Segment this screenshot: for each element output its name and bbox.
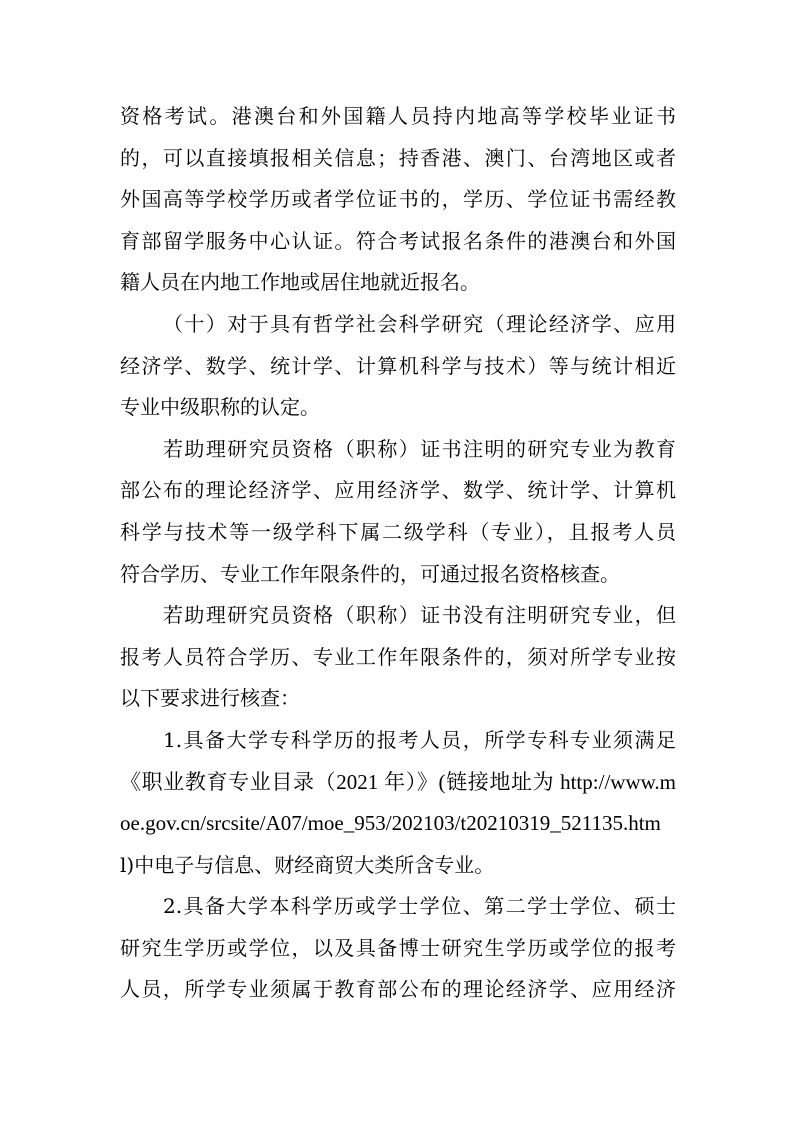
text-line: 育部留学服务中心认证。符合考试报名条件的港澳台和外国 (120, 221, 676, 263)
text-line: 籍人员在内地工作地或居住地就近报名。 (120, 262, 676, 304)
section-ten-heading-paragraph: （十）对于具有哲学社会科学研究（理论经济学、应用 经济学、数学、统计学、计算机科… (120, 304, 676, 429)
list-item-1-junior-college: 1.具备大学专科学历的报考人员，所学专科专业须满足 《职业教育专业目录（2021… (120, 720, 676, 886)
text-line: 资格考试。港澳台和外国籍人员持内地高等学校毕业证书 (120, 96, 676, 138)
document-page: 资格考试。港澳台和外国籍人员持内地高等学校毕业证书 的，可以直接填报相关信息；持… (0, 0, 794, 1123)
text-line: 人员，所学专业须属于教育部公布的理论经济学、应用经济 (120, 969, 676, 1011)
text-line-with-link: 《职业教育专业目录（2021 年）》(链接地址为 http://www.m (120, 762, 676, 804)
paragraph-overseas-applicants: 资格考试。港澳台和外国籍人员持内地高等学校毕业证书 的，可以直接填报相关信息；持… (120, 96, 676, 304)
document-body: 资格考试。港澳台和外国籍人员持内地高等学校毕业证书 的，可以直接填报相关信息；持… (120, 96, 676, 1011)
text-line: 部公布的理论经济学、应用经济学、数学、统计学、计算机 (120, 470, 676, 512)
text-line: 外国高等学校学历或者学位证书的，学历、学位证书需经教 (120, 179, 676, 221)
text-line: 专业中级职称的认定。 (120, 387, 676, 429)
text-line: 科学与技术等一级学科下属二级学科（专业），且报考人员 (120, 512, 676, 554)
text-line: 报考人员符合学历、专业工作年限条件的，须对所学专业按 (120, 637, 676, 679)
text-line: 若助理研究员资格（职称）证书没有注明研究专业，但 (120, 595, 676, 637)
text-line: 符合学历、专业工作年限条件的，可通过报名资格核查。 (120, 554, 676, 596)
paragraph-certificate-without-major: 若助理研究员资格（职称）证书没有注明研究专业，但 报考人员符合学历、专业工作年限… (120, 595, 676, 720)
text-line: 以下要求进行核查： (120, 678, 676, 720)
text-line: 的，可以直接填报相关信息；持香港、澳门、台湾地区或者 (120, 138, 676, 180)
paragraph-certificate-with-major: 若助理研究员资格（职称）证书注明的研究专业为教育 部公布的理论经济学、应用经济学… (120, 429, 676, 595)
text-line: 2.具备大学本科学历或学士学位、第二学士学位、硕士 (120, 886, 676, 928)
text-line: 1.具备大学专科学历的报考人员，所学专科专业须满足 (120, 720, 676, 762)
text-line: 研究生学历或学位，以及具备博士研究生学历或学位的报考 (120, 928, 676, 970)
link-url-text: oe.gov.cn/srcsite/A07/moe_953/202103/t20… (120, 803, 676, 845)
list-item-2-bachelor-and-above: 2.具备大学本科学历或学士学位、第二学士学位、硕士 研究生学历或学位，以及具备博… (120, 886, 676, 1011)
text-line: 经济学、数学、统计学、计算机科学与技术）等与统计相近 (120, 346, 676, 388)
text-line: 若助理研究员资格（职称）证书注明的研究专业为教育 (120, 429, 676, 471)
text-line: （十）对于具有哲学社会科学研究（理论经济学、应用 (120, 304, 676, 346)
text-line: l)中电子与信息、财经商贸大类所含专业。 (120, 845, 676, 887)
